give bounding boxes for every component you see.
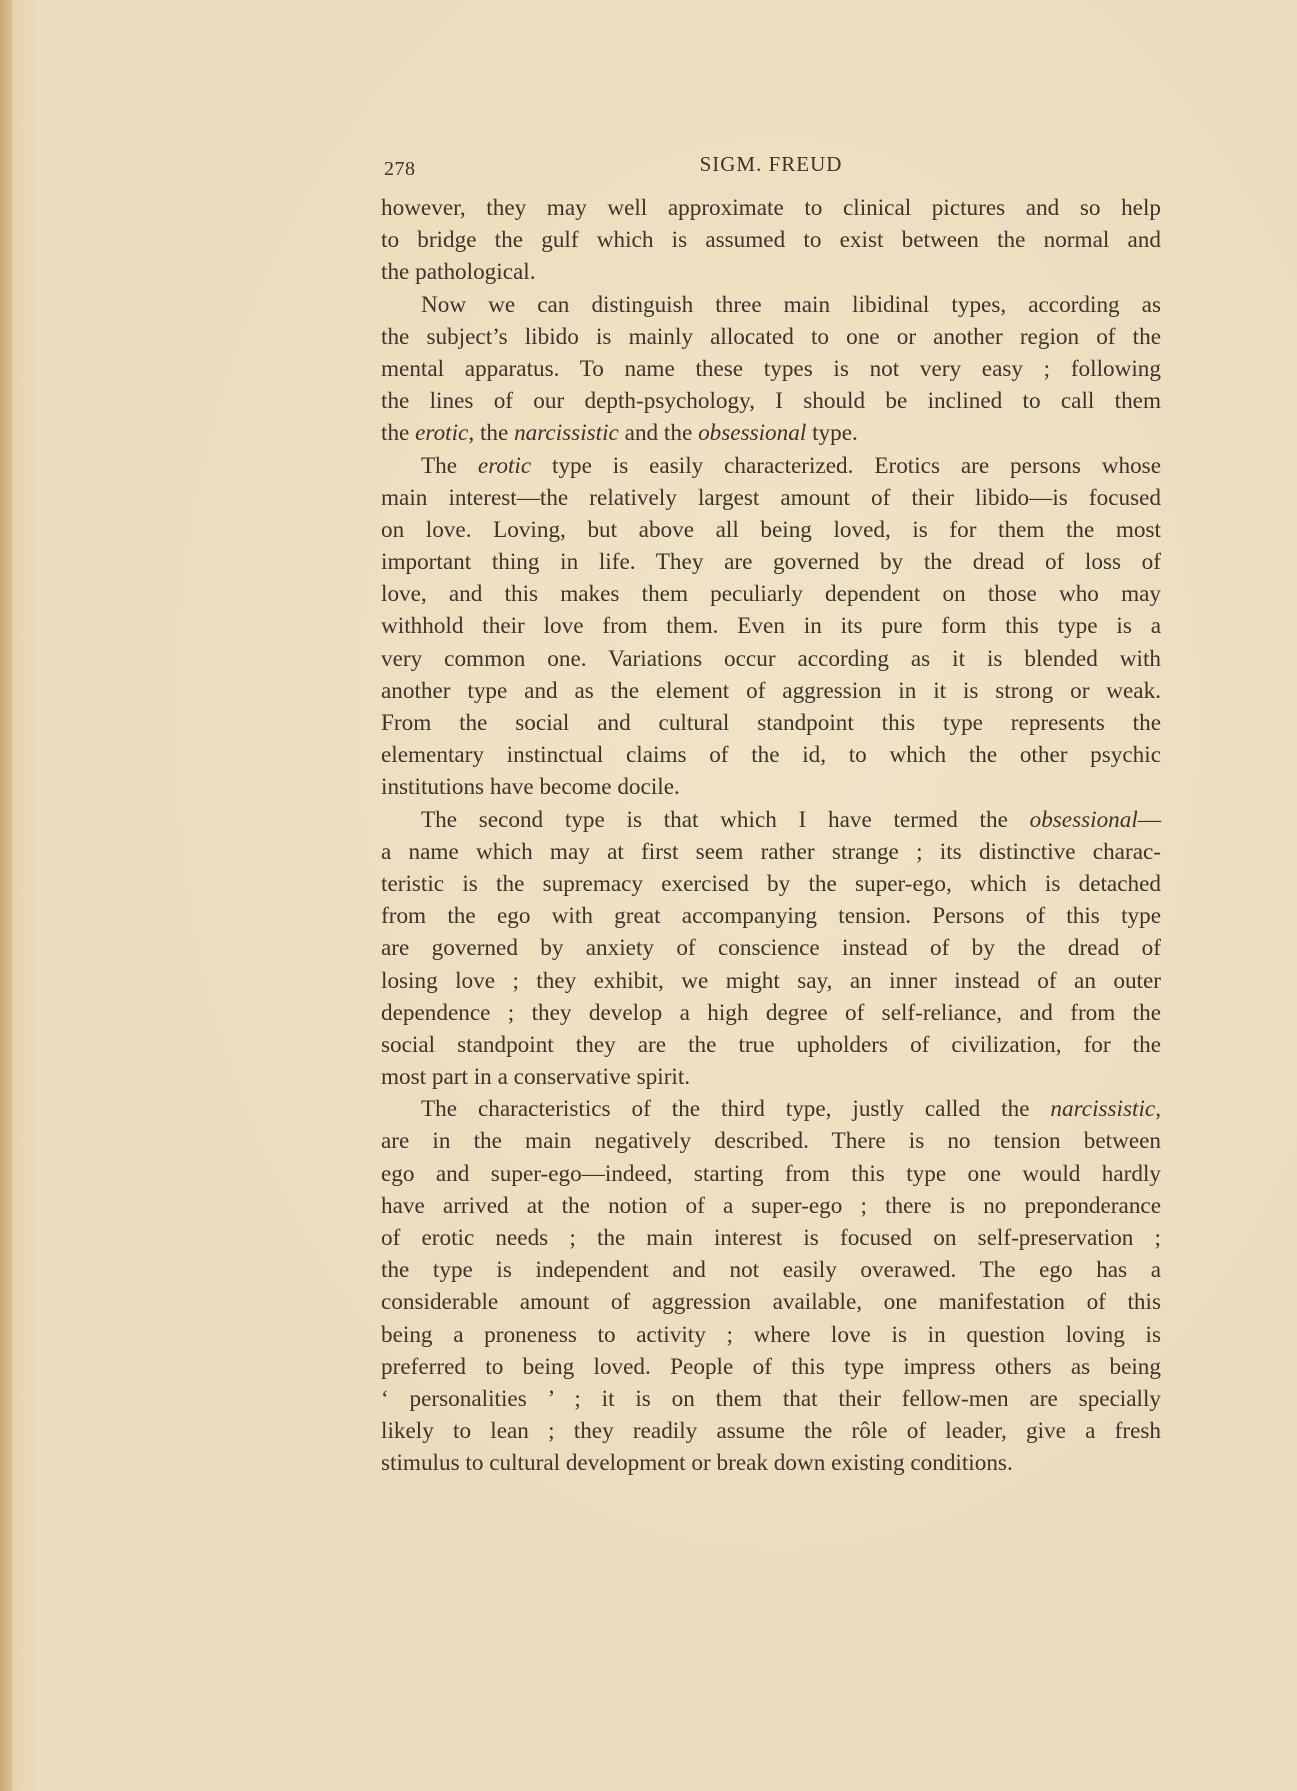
text-line: are in the main negatively described. Th… bbox=[381, 1125, 1161, 1157]
text-line: social standpoint they are the true upho… bbox=[381, 1029, 1161, 1061]
text-line: most part in a conservative spirit. bbox=[381, 1061, 1161, 1093]
text-line: teristic is the supremacy exercised by t… bbox=[381, 868, 1161, 900]
text-line: another type and as the element of aggre… bbox=[381, 675, 1161, 707]
text-run: type is easily characterized. Erotics ar… bbox=[531, 453, 1161, 479]
paragraph: Now we can distinguish three main libidi… bbox=[381, 289, 1161, 450]
text-line: The second type is that which I have ter… bbox=[381, 804, 1161, 836]
text-line: preferred to being loved. People of this… bbox=[381, 1351, 1161, 1383]
text-line: the type is independent and not easily o… bbox=[381, 1254, 1161, 1286]
page-header: 278 SIGM. FREUD bbox=[381, 150, 1161, 186]
paragraph: The characteristics of the third type, j… bbox=[381, 1093, 1161, 1479]
text-line: stimulus to cultural development or brea… bbox=[381, 1447, 1161, 1479]
text-line: being a proneness to activity ; where lo… bbox=[381, 1319, 1161, 1351]
text-line: institutions have become docile. bbox=[381, 771, 1161, 803]
italic-term: erotic bbox=[478, 453, 531, 479]
text-line: Now we can distinguish three main libidi… bbox=[381, 289, 1161, 321]
text-line: likely to lean ; they readily assume the… bbox=[381, 1415, 1161, 1447]
text-line: From the social and cultural standpoint … bbox=[381, 707, 1161, 739]
text-line: considerable amount of aggression availa… bbox=[381, 1286, 1161, 1318]
italic-term: obsessional bbox=[1030, 807, 1138, 833]
page-spine-edge bbox=[0, 0, 12, 1791]
text-line: the erotic, the narcissistic and the obs… bbox=[381, 417, 1161, 449]
text-line: however, they may well approximate to cl… bbox=[381, 192, 1161, 224]
paragraph: The erotic type is easily characterized.… bbox=[381, 450, 1161, 804]
italic-term: narcissistic bbox=[514, 420, 619, 446]
text-run: , bbox=[1155, 1096, 1161, 1122]
book-page: 278 SIGM. FREUD however, they may well a… bbox=[0, 0, 1297, 1791]
italic-term: erotic bbox=[415, 420, 468, 446]
text-line: ‘ personalities ’ ; it is on them that t… bbox=[381, 1383, 1161, 1415]
text-line: main interest—the relatively largest amo… bbox=[381, 482, 1161, 514]
text-run: and the bbox=[619, 420, 698, 446]
text-line: the lines of our depth-psychology, I sho… bbox=[381, 385, 1161, 417]
italic-term: narcissistic bbox=[1050, 1096, 1155, 1122]
text-line: very common one. Variations occur accord… bbox=[381, 643, 1161, 675]
text-line: the subject’s libido is mainly allocated… bbox=[381, 321, 1161, 353]
text-line: a name which may at first seem rather st… bbox=[381, 836, 1161, 868]
text-line: from the ego with great accompanying ten… bbox=[381, 900, 1161, 932]
text-run: The second type is that which I have ter… bbox=[421, 807, 1030, 833]
text-run: , the bbox=[468, 420, 514, 446]
paragraph: however, they may well approximate to cl… bbox=[381, 192, 1161, 289]
text-line: ego and super-ego—indeed, starting from … bbox=[381, 1158, 1161, 1190]
text-run: The characteristics of the third type, j… bbox=[421, 1096, 1050, 1122]
text-line: mental apparatus. To name these types is… bbox=[381, 353, 1161, 385]
text-line: love, and this makes them peculiarly dep… bbox=[381, 578, 1161, 610]
text-line: on love. Loving, but above all being lov… bbox=[381, 514, 1161, 546]
text-run: the bbox=[381, 420, 415, 446]
text-line: are governed by anxiety of conscience in… bbox=[381, 932, 1161, 964]
text-line: of erotic needs ; the main interest is f… bbox=[381, 1222, 1161, 1254]
italic-term: obsessional bbox=[698, 420, 806, 446]
text-line: to bridge the gulf which is assumed to e… bbox=[381, 224, 1161, 256]
text-line: The characteristics of the third type, j… bbox=[381, 1093, 1161, 1125]
text-run: The bbox=[421, 453, 478, 479]
body-text: however, they may well approximate to cl… bbox=[381, 192, 1161, 1480]
text-line: elementary instinctual claims of the id,… bbox=[381, 739, 1161, 771]
text-run: type. bbox=[806, 420, 858, 446]
paragraph: The second type is that which I have ter… bbox=[381, 804, 1161, 1094]
text-line: withhold their love from them. Even in i… bbox=[381, 610, 1161, 642]
running-head: SIGM. FREUD bbox=[381, 152, 1161, 177]
text-line: losing love ; they exhibit, we might say… bbox=[381, 965, 1161, 997]
text-run: — bbox=[1138, 807, 1161, 833]
text-line: important thing in life. They are govern… bbox=[381, 546, 1161, 578]
text-line: dependence ; they develop a high degree … bbox=[381, 997, 1161, 1029]
text-line: The erotic type is easily characterized.… bbox=[381, 450, 1161, 482]
text-line: have arrived at the notion of a super-eg… bbox=[381, 1190, 1161, 1222]
text-line: the pathological. bbox=[381, 256, 1161, 288]
